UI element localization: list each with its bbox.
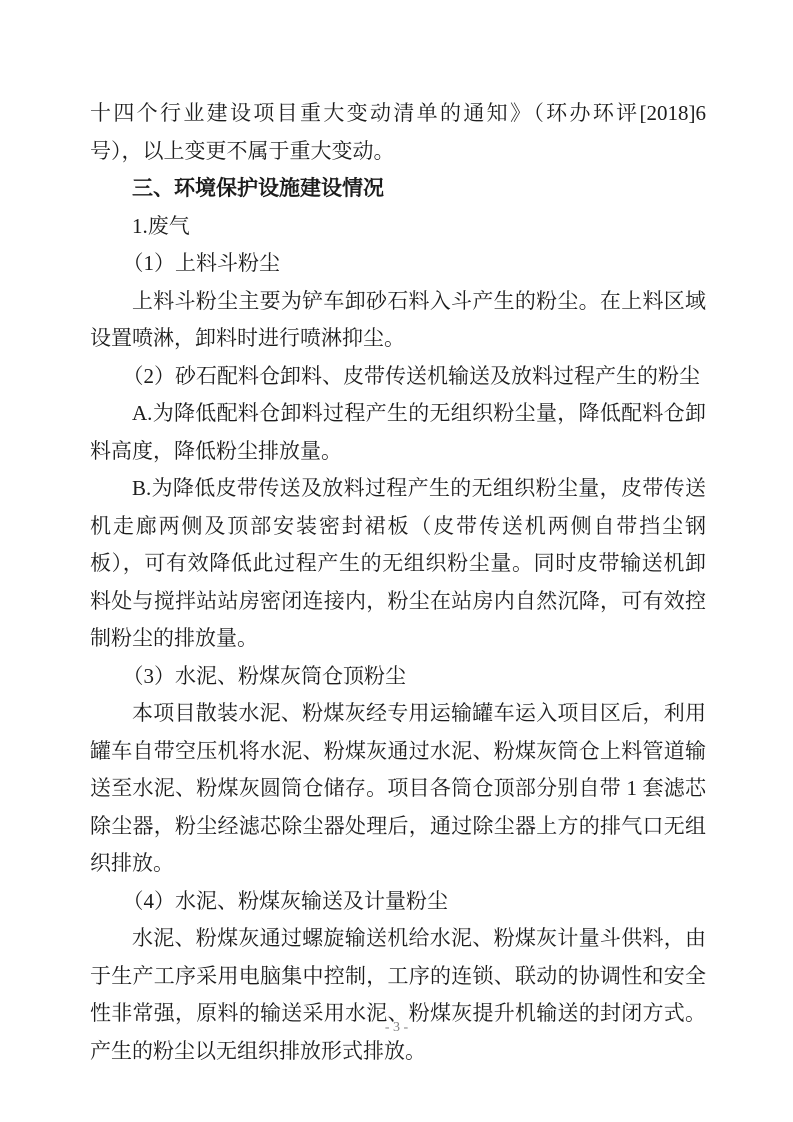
paragraph-item-1: 上料斗粉尘主要为铲车卸砂石料入斗产生的粉尘。在上料区域设置喷淋，卸料时进行喷淋抑… [90,283,706,358]
paragraph-item-3: 本项目散装水泥、粉煤灰经专用运输罐车运入项目区后，利用罐车自带空压机将水泥、粉煤… [90,695,706,883]
item-heading-3: （3）水泥、粉煤灰筒仓顶粉尘 [90,658,706,696]
item-heading-1: （1）上料斗粉尘 [90,245,706,283]
section-heading-3: 三、环境保护设施建设情况 [90,170,706,208]
document-page: 十四个行业建设项目重大变动清单的通知》（环办环评[2018]6 号），以上变更不… [0,0,793,1122]
document-body: 十四个行业建设项目重大变动清单的通知》（环办环评[2018]6 号），以上变更不… [90,95,706,1070]
paragraph-item-4: 水泥、粉煤灰通过螺旋输送机给水泥、粉煤灰计量斗供料，由于生产工序采用电脑集中控制… [90,920,706,1070]
item-heading-4: （4）水泥、粉煤灰输送及计量粉尘 [90,883,706,921]
paragraph-continuation: 十四个行业建设项目重大变动清单的通知》（环办环评[2018]6 号），以上变更不… [90,95,706,170]
paragraph-item-2b: B.为降低皮带传送及放料过程产生的无组织粉尘量，皮带传送机走廊两侧及顶部安装密封… [90,470,706,658]
item-heading-2: （2）砂石配料仓卸料、皮带传送机输送及放料过程产生的粉尘 [90,358,706,396]
page-number: - 3 - [0,1020,793,1036]
subsection-heading-waste-gas: 1.废气 [90,208,706,246]
paragraph-item-2a: A.为降低配料仓卸料过程产生的无组织粉尘量，降低配料仓卸料高度，降低粉尘排放量。 [90,395,706,470]
